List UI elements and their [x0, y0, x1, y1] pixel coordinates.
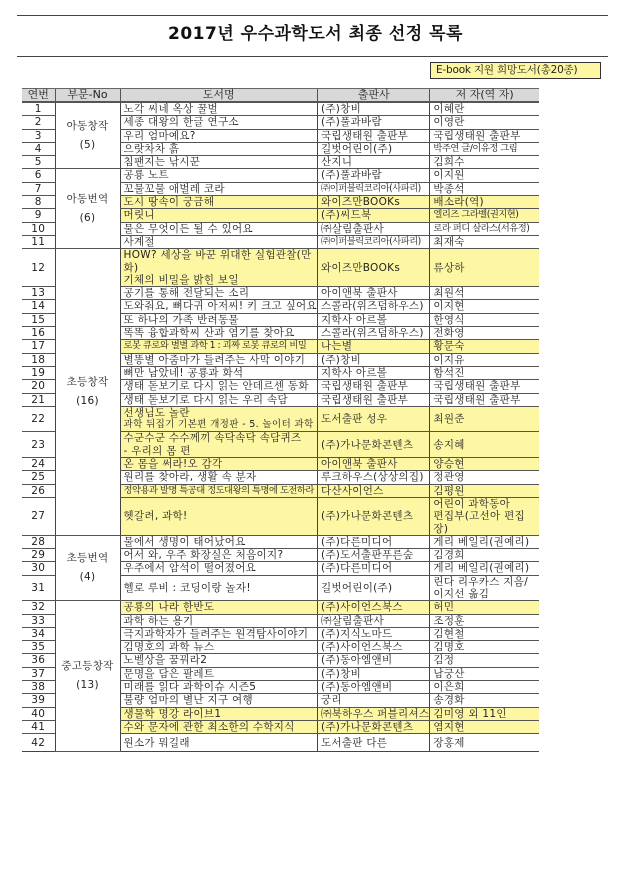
book-title: 로봇 큐로와 별별 과학 1 : 괴짜 로봇 큐로의 비밀 — [120, 340, 317, 353]
book-title-line: - 우리의 몸 편 — [124, 445, 317, 457]
author: 송지혜 — [430, 432, 539, 458]
author: 엘리즈 그라벨(권지현) — [430, 209, 539, 222]
book-title: 세종 대왕의 한글 연구소 — [120, 116, 317, 129]
header-publisher: 출판사 — [317, 89, 429, 103]
publisher: (주)가나문화콘텐츠 — [317, 720, 429, 733]
row-number: 8 — [22, 196, 55, 209]
row-number: 30 — [22, 562, 55, 575]
author: 김경희 — [430, 549, 539, 562]
category-count: (6) — [56, 209, 120, 228]
publisher: (주)창비 — [317, 102, 429, 116]
publisher: (주)동아엠앤비 — [317, 654, 429, 667]
publisher: (주)씨드북 — [317, 209, 429, 222]
publisher: 길벗어린이(주) — [317, 575, 429, 601]
book-title: 문명을 담은 팔레트 — [120, 667, 317, 680]
row-number: 21 — [22, 393, 55, 406]
publisher: 지학사 아르볼 — [317, 366, 429, 379]
table-body: 1아동창작(5)노각 씨네 옥상 꿀벌(주)창비이혜란2세종 대왕의 한글 연구… — [22, 102, 539, 752]
row-number: 18 — [22, 353, 55, 366]
book-list-table: 연번 부문-No 도서명 출판사 저 자(역 자) 1아동창작(5)노각 씨네 … — [22, 88, 539, 752]
row-number: 42 — [22, 734, 55, 752]
author: 조정훈 — [430, 614, 539, 627]
author: 허민 — [430, 601, 539, 614]
publisher: 도서출판 다른 — [317, 734, 429, 752]
author: 게리 베일리(권예리) — [430, 562, 539, 575]
row-number: 14 — [22, 300, 55, 313]
publisher: (주)풀과바람 — [317, 169, 429, 182]
publisher: (주)다른미디어 — [317, 562, 429, 575]
book-title: 도와줘요, 뼈다귀 아저씨! 키 크고 싶어요 — [120, 300, 317, 313]
book-title: 원리를 찾아라, 생활 속 분자 — [120, 471, 317, 484]
row-number: 25 — [22, 471, 55, 484]
publisher: 도서출판 성우 — [317, 406, 429, 432]
author: 함석진 — [430, 366, 539, 379]
publisher: (주)가나문화콘텐츠 — [317, 497, 429, 535]
row-number: 35 — [22, 641, 55, 654]
row-number: 1 — [22, 102, 55, 116]
publisher: 궁리 — [317, 694, 429, 707]
book-title: 과학 하는 용기 — [120, 614, 317, 627]
table-row: 6아동번역(6)공룡 노트(주)풀과바람이지원 — [22, 169, 539, 182]
row-number: 20 — [22, 380, 55, 393]
author: 이지유 — [430, 353, 539, 366]
book-title: 생물학 명강 라이브1 — [120, 707, 317, 720]
author: 이혜란 — [430, 102, 539, 116]
publisher: (주)사이언스북스 — [317, 601, 429, 614]
row-number: 17 — [22, 340, 55, 353]
book-title: 꼬물꼬물 애벌레 코라 — [120, 182, 317, 195]
title-rule-bottom — [17, 56, 608, 57]
author: 김희수 — [430, 156, 539, 169]
row-number: 11 — [22, 235, 55, 248]
table-row: 12초등창작(16)HOW? 세상을 바꾼 위대한 실험관찰(만화)기체의 비밀… — [22, 249, 539, 287]
book-title: 노벨상을 꿈꿔라2 — [120, 654, 317, 667]
author: 최원준 — [430, 406, 539, 432]
row-number: 33 — [22, 614, 55, 627]
author: 최원석 — [430, 287, 539, 300]
publisher: 나는별 — [317, 340, 429, 353]
row-number: 2 — [22, 116, 55, 129]
author: 남궁산 — [430, 667, 539, 680]
row-number: 27 — [22, 497, 55, 535]
row-number: 31 — [22, 575, 55, 601]
row-number: 36 — [22, 654, 55, 667]
page-title: 2017년 우수과학도서 최종 선정 목록 — [0, 19, 631, 44]
publisher: 국립생태원 출판부 — [317, 129, 429, 142]
book-title: 공룡의 나라 한반도 — [120, 601, 317, 614]
row-number: 26 — [22, 484, 55, 497]
row-number: 32 — [22, 601, 55, 614]
publisher: ㈜살림출판사 — [317, 222, 429, 235]
book-title: 수군수군 수수께끼 속닥속닥 속담퀴즈- 우리의 몸 편 — [120, 432, 317, 458]
publisher: 스콜라(위즈덤하우스) — [317, 327, 429, 340]
row-number: 40 — [22, 707, 55, 720]
row-number: 19 — [22, 366, 55, 379]
book-title: 헬로 루비 : 코딩이랑 놀자! — [120, 575, 317, 601]
title-rule-top — [17, 15, 608, 16]
author-line: 어린이 과학동아 — [433, 498, 539, 510]
publisher: 산지니 — [317, 156, 429, 169]
row-number: 10 — [22, 222, 55, 235]
table-header-row: 연번 부문-No 도서명 출판사 저 자(역 자) — [22, 89, 539, 103]
book-title: 물은 무엇이든 될 수 있어요 — [120, 222, 317, 235]
row-number: 13 — [22, 287, 55, 300]
author: 박주연 글/이유정 그림 — [430, 142, 539, 155]
row-number: 37 — [22, 667, 55, 680]
author: 국립생태원 출판부 — [430, 393, 539, 406]
publisher: 와이즈만BOOKs — [317, 249, 429, 287]
book-title: 공룡 노트 — [120, 169, 317, 182]
row-number: 16 — [22, 327, 55, 340]
row-number: 15 — [22, 313, 55, 326]
category-name: 아동번역 — [56, 190, 120, 209]
row-number: 5 — [22, 156, 55, 169]
author: 어린이 과학동아편집부(고선아 편집장) — [430, 497, 539, 535]
row-number: 6 — [22, 169, 55, 182]
author: 김정 — [430, 654, 539, 667]
author: 정관영 — [430, 471, 539, 484]
publisher: 아이앤북 출판사 — [317, 287, 429, 300]
book-title: 으랏차차 흙 — [120, 142, 317, 155]
book-title: 김명호의 과학 뉴스 — [120, 641, 317, 654]
author: 장홍제 — [430, 734, 539, 752]
publisher: (주)동아엠앤비 — [317, 681, 429, 694]
author-line: 이지선 옮김 — [433, 588, 539, 600]
author: 로라 퍼디 살라스(서유정) — [430, 222, 539, 235]
row-number: 9 — [22, 209, 55, 222]
book-title: 또 하나의 가족 반려동물 — [120, 313, 317, 326]
publisher: 길벗어린이(주) — [317, 142, 429, 155]
author: 박종석 — [430, 182, 539, 195]
book-title: 선생님도 놀란과학 뒤집기 기본편 개정판 - 5. 놀이터 과학 — [120, 406, 317, 432]
book-title: 불량 엄마의 별난 지구 여행 — [120, 694, 317, 707]
book-title: 침팬지는 낚시꾼 — [120, 156, 317, 169]
row-number: 39 — [22, 694, 55, 707]
book-title-line: 선생님도 놀란 — [124, 407, 317, 419]
row-number: 24 — [22, 458, 55, 471]
book-title-line: 수군수군 수수께끼 속닥속닥 속담퀴즈 — [124, 432, 317, 444]
book-title: 생태 돋보기로 다시 읽는 안데르센 동화 — [120, 380, 317, 393]
publisher: 국립생태원 출판부 — [317, 380, 429, 393]
header-category: 부문-No — [55, 89, 120, 103]
publisher: 다산사이언스 — [317, 484, 429, 497]
author: 김평원 — [430, 484, 539, 497]
book-title: 원소가 뭐길래 — [120, 734, 317, 752]
row-number: 29 — [22, 549, 55, 562]
header-author: 저 자(역 자) — [430, 89, 539, 103]
category-cell: 초등창작(16) — [55, 249, 120, 536]
category-cell: 중고등창작(13) — [55, 601, 120, 752]
row-number: 34 — [22, 627, 55, 640]
author: 린다 리우카스 지음/이지선 옮김 — [430, 575, 539, 601]
row-number: 38 — [22, 681, 55, 694]
category-count: (13) — [56, 676, 120, 695]
publisher: (주)창비 — [317, 353, 429, 366]
header-title: 도서명 — [120, 89, 317, 103]
book-title: 머릿니 — [120, 209, 317, 222]
author: 김미영 외 11인 — [430, 707, 539, 720]
author: 국립생태원 출판부 — [430, 129, 539, 142]
row-number: 4 — [22, 142, 55, 155]
publisher: (주)지식노마드 — [317, 627, 429, 640]
author: 양승현 — [430, 458, 539, 471]
row-number: 7 — [22, 182, 55, 195]
author-line: 린다 리우카스 지음/ — [433, 576, 539, 588]
category-count: (5) — [56, 136, 120, 155]
publisher: (주)도서출판푸른숲 — [317, 549, 429, 562]
book-title: 도시 땅속이 궁금해 — [120, 196, 317, 209]
category-name: 중고등창작 — [56, 657, 120, 676]
row-number: 12 — [22, 249, 55, 287]
author: 이지현 — [430, 300, 539, 313]
publisher: (주)사이언스북스 — [317, 641, 429, 654]
book-title: 뼈만 남았네! 공룡과 화석 — [120, 366, 317, 379]
author: 한영식 — [430, 313, 539, 326]
author: 김현철 — [430, 627, 539, 640]
table-row: 28초등번역(4)물에서 생명이 태어났어요(주)다른미디어게리 베일리(권예리… — [22, 535, 539, 548]
category-name: 초등창작 — [56, 373, 120, 392]
author: 김명호 — [430, 641, 539, 654]
book-title: HOW? 세상을 바꾼 위대한 실험관찰(만화)기체의 비밀을 밝힌 보일 — [120, 249, 317, 287]
category-cell: 아동창작(5) — [55, 102, 120, 169]
book-title: 수와 문자에 관한 최소한의 수학지식 — [120, 720, 317, 733]
book-title-line: 기체의 비밀을 밝힌 보일 — [124, 274, 317, 286]
publisher: 루크하우스(상상의집) — [317, 471, 429, 484]
row-number: 22 — [22, 406, 55, 432]
category-name: 아동창작 — [56, 117, 120, 136]
publisher: 스콜라(위즈덤하우스) — [317, 300, 429, 313]
book-title: 공기를 통해 전달되는 소리 — [120, 287, 317, 300]
publisher: 국립생태원 출판부 — [317, 393, 429, 406]
book-title: 사계절 — [120, 235, 317, 248]
author: 배소라(역) — [430, 196, 539, 209]
author: 송경화 — [430, 694, 539, 707]
header-no: 연번 — [22, 89, 55, 103]
book-title: 온 몸을 써라!오 감각 — [120, 458, 317, 471]
author: 류상하 — [430, 249, 539, 287]
book-title: 우리 엄마예요? — [120, 129, 317, 142]
row-number: 41 — [22, 720, 55, 733]
book-title: 정약용과 발명 특공대 정도대왕의 특명에 도전하라 — [120, 484, 317, 497]
publisher: ㈜이퍼블릭코리아(사파리) — [317, 182, 429, 195]
book-title: 헷갈려, 과학! — [120, 497, 317, 535]
book-title: 노각 씨네 옥상 꿀벌 — [120, 102, 317, 116]
author: 이영란 — [430, 116, 539, 129]
category-cell: 아동번역(6) — [55, 169, 120, 249]
category-count: (4) — [56, 568, 120, 587]
book-title: 별똥별 아줌마가 들려주는 사막 이야기 — [120, 353, 317, 366]
publisher: ㈜이퍼블릭코리아(사파리) — [317, 235, 429, 248]
book-title-line: 과학 뒤집기 기본편 개정판 - 5. 놀이터 과학 — [124, 419, 317, 431]
publisher: (주)다른미디어 — [317, 535, 429, 548]
publisher: ㈜살림출판사 — [317, 614, 429, 627]
category-cell: 초등번역(4) — [55, 535, 120, 600]
author: 전화영 — [430, 327, 539, 340]
book-title: 미래를 읽다 과학이슈 시즌5 — [120, 681, 317, 694]
author: 게리 베일리(권예리) — [430, 535, 539, 548]
author-line: 편집부(고선아 편집장) — [433, 510, 539, 535]
book-title: 극지과학자가 들려주는 원격탐사이야기 — [120, 627, 317, 640]
publisher: (주)가나문화콘텐츠 — [317, 432, 429, 458]
author: 이지원 — [430, 169, 539, 182]
table-row: 1아동창작(5)노각 씨네 옥상 꿀벌(주)창비이혜란 — [22, 102, 539, 116]
publisher: (주)창비 — [317, 667, 429, 680]
row-number: 28 — [22, 535, 55, 548]
publisher: (주)풀과바람 — [317, 116, 429, 129]
author: 황문숙 — [430, 340, 539, 353]
book-title: 똑똑 융합과학씨 산과 염기를 찾아요 — [120, 327, 317, 340]
author: 염지현 — [430, 720, 539, 733]
book-title: 생태 돋보기로 다시 읽는 우리 속담 — [120, 393, 317, 406]
category-count: (16) — [56, 392, 120, 411]
table-row: 32중고등창작(13)공룡의 나라 한반도(주)사이언스북스허민 — [22, 601, 539, 614]
author: 최재숙 — [430, 235, 539, 248]
category-name: 초등번역 — [56, 549, 120, 568]
author: 국립생태원 출판부 — [430, 380, 539, 393]
author: 이은희 — [430, 681, 539, 694]
publisher: 아이앤북 출판사 — [317, 458, 429, 471]
publisher: 지학사 아르볼 — [317, 313, 429, 326]
book-title: 물에서 생명이 태어났어요 — [120, 535, 317, 548]
book-title: 어서 와, 우주 화장실은 처음이지? — [120, 549, 317, 562]
publisher: 와이즈만BOOKs — [317, 196, 429, 209]
book-title-line: HOW? 세상을 바꾼 위대한 실험관찰(만화) — [124, 249, 317, 274]
row-number: 3 — [22, 129, 55, 142]
row-number: 23 — [22, 432, 55, 458]
ebook-legend-badge: E-book 지원 희망도서(총20종) — [430, 62, 601, 79]
book-title: 우주에서 암석이 떨어졌어요 — [120, 562, 317, 575]
publisher: ㈜북하우스 퍼블리셔스 — [317, 707, 429, 720]
